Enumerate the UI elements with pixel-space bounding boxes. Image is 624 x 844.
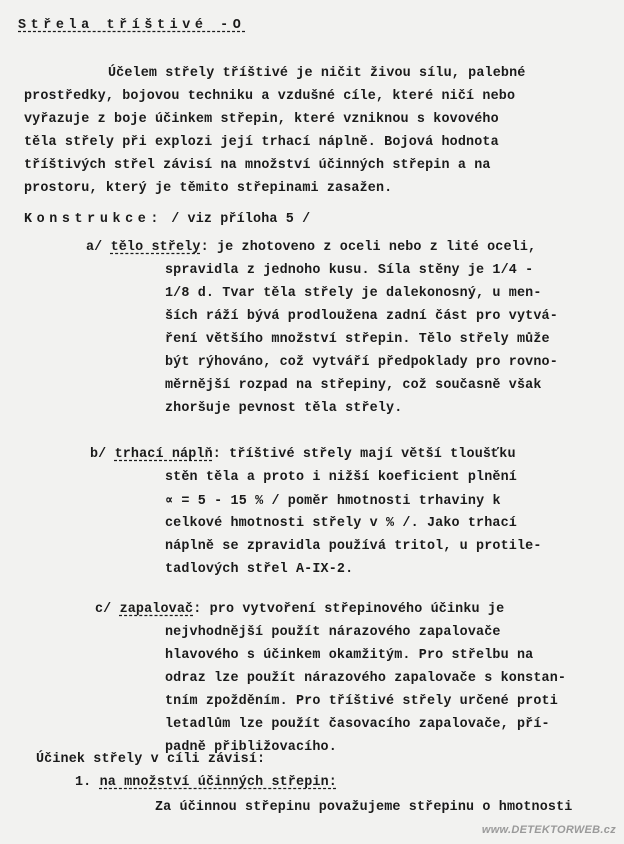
- item-first-line: a/ tělo střely: je zhotoveno z oceli neb…: [86, 240, 536, 255]
- effect-item-text: Za účinnou střepinu považujeme střepinu …: [155, 800, 572, 815]
- item-line: spravidla z jednoho kusu. Síla stěny je …: [165, 263, 533, 278]
- document-page: Střela tříštivé -O Účelem střely tříštiv…: [0, 0, 624, 844]
- item-line: ších ráží bývá prodloužena zadní část pr…: [165, 309, 558, 324]
- intro-line: Účelem střely tříštivé je ničit živou sí…: [108, 66, 525, 81]
- effect-item: 1. na množství účinných střepin:: [75, 775, 337, 790]
- item-line: hlavového s účinkem okamžitým. Pro střel…: [165, 648, 533, 663]
- intro-line: vyřazuje z boje účinkem střepin, které v…: [24, 112, 499, 127]
- item-line: odraz lze použít nárazového zapalovače s…: [165, 671, 566, 686]
- intro-line: těla střely při explozi její trhací nápl…: [24, 135, 499, 150]
- item-line: letadlům lze použít časovacího zapalovač…: [165, 717, 550, 732]
- effect-heading: Účinek střely v cíli závisí:: [36, 752, 265, 767]
- intro-line: prostoru, který je těmito střepinami zas…: [24, 181, 392, 196]
- item-line: ření většího množství střepin. Tělo stře…: [165, 332, 550, 347]
- document-title: Střela tříštivé -O: [18, 18, 245, 33]
- construction-heading: Konstrukce: / viz příloha 5 /: [24, 212, 310, 227]
- item-first-line: c/ zapalovač: pro vytvoření střepinového…: [95, 602, 504, 617]
- item-line: nejvhodnější použít nárazového zapalovač…: [165, 625, 501, 640]
- item-line: tním zpožděním. Pro tříštivé střely urče…: [165, 694, 558, 709]
- item-line: náplně se zpravidla používá tritol, u pr…: [165, 539, 542, 554]
- item-line: stěn těla a proto i nižší koeficient pln…: [165, 470, 517, 485]
- item-line: tadlových střel A-IX-2.: [165, 562, 353, 577]
- watermark: www.DETEKTORWEB.cz: [482, 824, 616, 836]
- item-line: zhoršuje pevnost těla střely.: [165, 401, 402, 416]
- item-line: celkové hmotnosti střely v % /. Jako trh…: [165, 516, 517, 531]
- item-line: ∝ = 5 - 15 % / poměr hmotnosti trhaviny …: [165, 493, 501, 509]
- item-line: být rýhováno, což vytváří předpoklady pr…: [165, 355, 558, 370]
- intro-line: prostředky, bojovou techniku a vzdušné c…: [24, 89, 515, 104]
- intro-line: tříštivých střel závisí na množství účin…: [24, 158, 491, 173]
- item-first-line: b/ trhací náplň: tříštivé střely mají vě…: [90, 447, 516, 462]
- item-line: měrnější rozpad na střepiny, což současn…: [165, 378, 542, 393]
- item-line: 1/8 d. Tvar těla střely je dalekonosný, …: [165, 286, 542, 301]
